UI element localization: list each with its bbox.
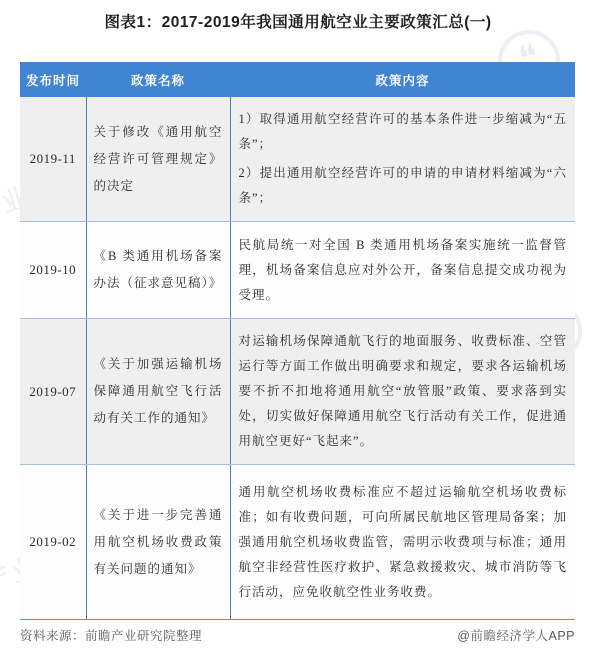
- policy-name: 《B 类通用机场备案办法（征求意见稿）》: [86, 222, 230, 319]
- column-header-policy-name: 政策名称: [86, 62, 230, 97]
- publish-date: 2019-10: [20, 222, 86, 319]
- policy-content: 对运输机场保障通航飞行的地面服务、收费标准、空管运行等方面工作做出明确要求和规定…: [230, 319, 575, 465]
- policy-content-item: 2）提出通用航空经营许可的申请的申请材料缩减为“六条”；: [239, 161, 568, 211]
- policy-content: 通用航空机场收费标准应不超过运输航空机场收费标准；如有收费问题，可向所属民航地区…: [230, 465, 575, 620]
- publish-date: 2019-11: [20, 97, 86, 222]
- table-row: 2019-02 《关于进一步完善通用航空机场收费政策有关问题的通知》 通用航空机…: [20, 465, 575, 620]
- table-row: 2019-10 《B 类通用机场备案办法（征求意见稿）》 民航局统一对全国 B …: [20, 222, 575, 319]
- policy-content: 民航局统一对全国 B 类通用机场备案实施统一监督管理，机场备案信息应对外公开，备…: [230, 222, 575, 319]
- credit-note: @前瞻经济学人APP: [457, 626, 575, 644]
- publish-date: 2019-02: [20, 465, 86, 620]
- policy-content-item: 通用航空机场收费标准应不超过运输航空机场收费标准；如有收费问题，可向所属民航地区…: [239, 480, 568, 605]
- column-header-publish-date: 发布时间: [20, 62, 86, 97]
- table-row: 2019-07 《关于加强运输机场保障通用航空飞行活动有关工作的通知》 对运输机…: [20, 319, 575, 465]
- table-header-row: 发布时间 政策名称 政策内容: [20, 62, 575, 97]
- column-header-policy-content: 政策内容: [230, 62, 575, 97]
- table-row: 2019-11 关于修改《通用航空经营许可管理规定》的决定 1）取得通用航空经营…: [20, 97, 575, 222]
- policy-table: 发布时间 政策名称 政策内容 2019-11 关于修改《通用航空经营许可管理规定…: [20, 62, 575, 620]
- policy-content-item: 1）取得通用航空经营许可的基本条件进一步缩减为“五条”；: [239, 107, 568, 157]
- policy-content-item: 对运输机场保障通航飞行的地面服务、收费标准、空管运行等方面工作做出明确要求和规定…: [239, 329, 568, 454]
- publish-date: 2019-07: [20, 319, 86, 465]
- policy-name: 《关于进一步完善通用航空机场收费政策有关问题的通知》: [86, 465, 230, 620]
- source-note: 资料来源：前瞻产业研究院整理: [20, 626, 202, 644]
- footer: 资料来源：前瞻产业研究院整理 @前瞻经济学人APP: [20, 626, 575, 644]
- page-title: 图表1：2017-2019年我国通用航空业主要政策汇总(一): [0, 10, 596, 32]
- policy-name: 《关于加强运输机场保障通用航空飞行活动有关工作的通知》: [86, 319, 230, 465]
- policy-content: 1）取得通用航空经营许可的基本条件进一步缩减为“五条”； 2）提出通用航空经营许…: [230, 97, 575, 222]
- policy-name: 关于修改《通用航空经营许可管理规定》的决定: [86, 97, 230, 222]
- policy-content-item: 民航局统一对全国 B 类通用机场备案实施统一监督管理，机场备案信息应对外公开，备…: [239, 233, 568, 308]
